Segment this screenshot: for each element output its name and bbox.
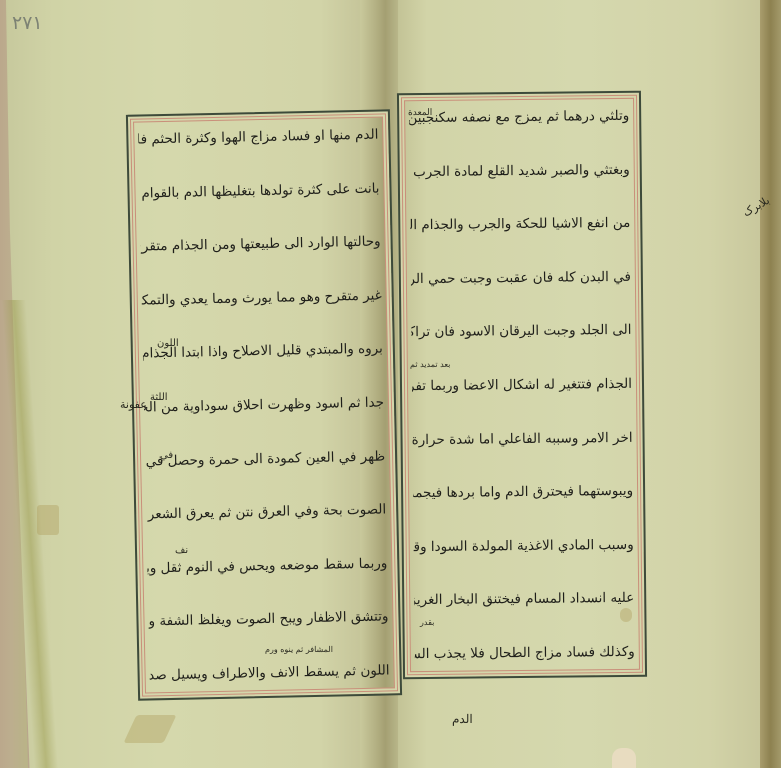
text-line: من انفع الاشيا للحكة والجرب والجذام السو… [410, 206, 630, 242]
marginal-note: المعدة [408, 108, 432, 118]
right-board-edge [760, 0, 781, 768]
text-line: ويبوستهما فيحترق الدم واما بردها فيجمد ا… [413, 474, 633, 510]
text-line: وبغتثي والصبر شديد القلع لمادة الجرب ومل… [410, 152, 630, 188]
text-line: غير متقرح وهو مما يورث ومما يعدي والتمكن… [141, 278, 382, 317]
catchword: الدم [452, 712, 473, 726]
marginal-note: اللون [157, 338, 179, 349]
marginal-note: نف [175, 545, 188, 556]
text-line: بانت على كثرة تولدها بتغليظها الدم بالقو… [139, 171, 380, 210]
thumb-holding-page [612, 748, 636, 768]
left-text-block: الدم منها او فساد مزاج الهوا وكثرة الحثم… [138, 118, 390, 693]
text-line: الصوت بحة وفي العرق نتن ثم يعرق الشعر وي… [146, 493, 387, 532]
marginal-note: المشافر ثم ينوه ورم [265, 645, 333, 654]
text-line: وحالتها الوارد الى طبيعتها ومن الجذام مت… [140, 225, 381, 264]
text-line: وتتشق الاظفار ويبح الصوت ويغلظ الشفة ويس… [148, 600, 389, 639]
water-stain [37, 505, 59, 535]
folio-number: ٢٧١ [12, 12, 43, 34]
marginal-note: بعد تمديد ثم [410, 360, 450, 369]
text-line: جدا ثم اسود وظهرت احلاق سوداوية من الحقد… [144, 385, 385, 424]
text-line: اللون ثم يسقط الانف والاطراف ويسيل صديد … [149, 653, 390, 692]
text-line: ظهر في العين كمودة الى حمرة وحصل في النف… [145, 439, 386, 478]
text-line: الدم منها او فساد مزاج الهوا وكثرة الحثم… [138, 118, 379, 157]
text-line: وتلثي درهما ثم يمزج مع نصفه سكنجبين الا … [409, 99, 629, 135]
right-text-block: وتلثي درهما ثم يمزج مع نصفه سكنجبين الا … [409, 99, 635, 671]
text-line: الى الجلد وجبت اليرقان الاسود فان تراكمت… [411, 313, 631, 349]
marginal-note: بقدر [420, 618, 434, 627]
marginal-note: عفونة [120, 398, 147, 411]
text-line: في البدن كله فان عقبت وجبت حمي الربع وان… [411, 260, 631, 296]
left-text-frame: الدم منها او فساد مزاج الهوا وكثرة الحثم… [126, 109, 402, 700]
text-line: وسبب المادي الاغذية المولدة السودا وقد ي… [414, 528, 634, 564]
text-line: الجذام فتتغير له اشكال الاعضا وربما تفرق… [412, 367, 632, 403]
text-line: عليه انسداد المسام فيختنق البخار الغريزي… [414, 581, 634, 617]
marginal-note: في [160, 450, 173, 461]
marginal-note: اللثة [150, 392, 168, 403]
right-text-frame: وتلثي درهما ثم يمزج مع نصفه سكنجبين الا … [397, 91, 647, 680]
manuscript-spread: ٢٧١ الدم منها او فساد مزاج الهوا وكثرة ا… [0, 0, 781, 768]
text-line: وكذلك فساد مزاج الطحال فلا يجذب السودا ف… [415, 635, 635, 671]
text-line: اخر الامر وسببه الفاعلي اما شدة حرارة ال… [412, 420, 632, 456]
